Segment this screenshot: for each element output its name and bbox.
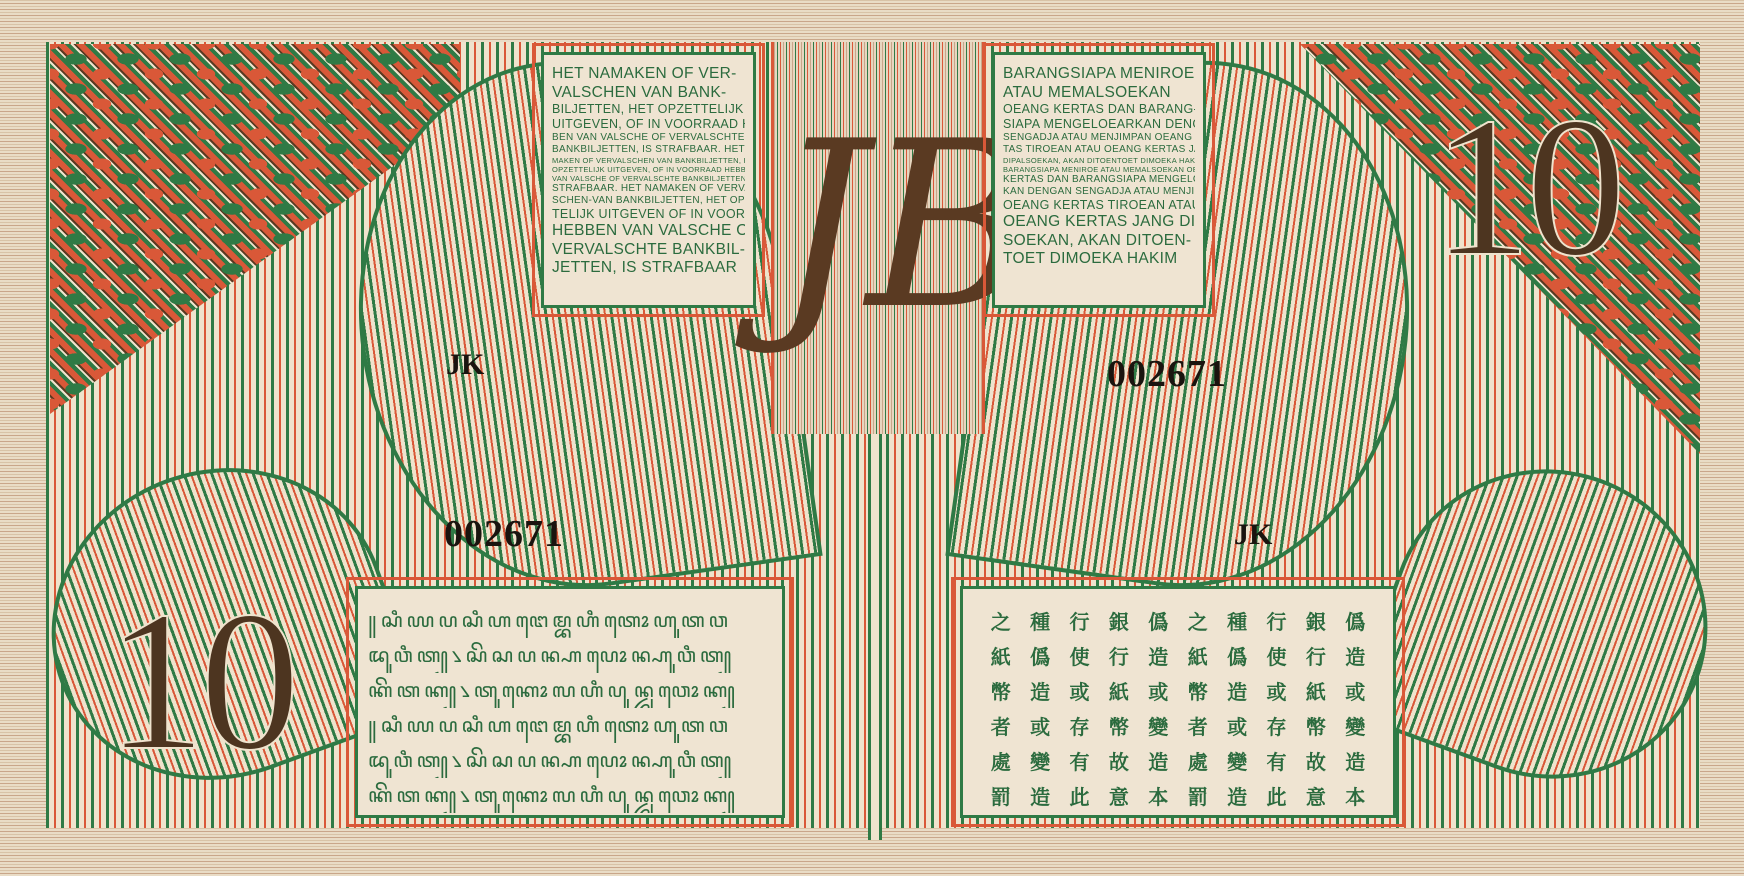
chinese-char: 行	[1296, 641, 1335, 670]
chinese-char: 僞	[1217, 641, 1256, 670]
chinese-char: 或	[1020, 711, 1059, 740]
warning-line: TAS TIROEAN ATAU OEANG KERTAS JANG	[1003, 144, 1195, 156]
javanese-line: ꦏꦼꦠꦏ꧀꧈ꦠꦸꦏꦺꦴꦭꦲꦶꦥꦸꦤ꧀ꦢꦸꦮꦺꦴꦏ꧀	[368, 778, 772, 813]
warning-line: OEANG KERTAS JANG DIPAL-	[1003, 213, 1195, 232]
warning-line: BANKBILJETTEN, IS STRAFBAAR. HET NA-	[552, 144, 745, 156]
jb-monogram: JB	[774, 82, 982, 372]
chinese-char: 者	[981, 711, 1020, 740]
chinese-char: 種	[1020, 606, 1059, 635]
warning-line: SCHEN-VAN BANKBILJETTEN, HET OPZET-	[552, 195, 745, 207]
warning-line: BILJETTEN, HET OPZETTELIJK	[552, 102, 745, 117]
warning-line: STRAFBAAR. HET NAMAKEN OF VERVAL-	[552, 183, 745, 195]
chinese-char: 造	[1217, 781, 1256, 810]
chinese-char: 之	[981, 606, 1020, 635]
chinese-char: 造	[1020, 781, 1059, 810]
serial-number-bottom-left: 002671	[444, 512, 564, 556]
warning-line: KERTAS DAN BARANGSIAPA MENGELOEAR-	[1003, 174, 1195, 186]
banknote-scan: JB HET NAMAKEN OF VER- VALSCHEN VAN BANK…	[0, 0, 1744, 876]
malay-counterfeit-warning: BARANGSIAPA MENIROE ATAU MEMALSOEKAN OEA…	[992, 52, 1206, 308]
warning-line: SIAPA MENGELOEARKAN DENGAN	[1003, 117, 1195, 132]
warning-line: JETTEN, IS STRAFBAAR	[552, 259, 745, 278]
warning-line: SENGADJA ATAU MENJIMPAN OEANG KER-	[1003, 132, 1195, 144]
chinese-char: 使	[1257, 641, 1296, 670]
chinese-char: 或	[1139, 676, 1178, 705]
dutch-counterfeit-warning: HET NAMAKEN OF VER- VALSCHEN VAN BANK- B…	[541, 52, 756, 308]
warning-line: HET NAMAKEN OF VER-	[552, 65, 745, 84]
chinese-char: 幣	[1296, 711, 1335, 740]
serial-number-top-right: 002671	[1107, 352, 1227, 396]
chinese-char: 有	[1257, 746, 1296, 775]
warning-line: OPZETTELIJK UITGEVEN, OF IN VOORRAAD HEB…	[552, 165, 745, 174]
chinese-char: 或	[1257, 676, 1296, 705]
chinese-char: 有	[1060, 746, 1099, 775]
chinese-char: 變	[1020, 746, 1059, 775]
chinese-char: 或	[1336, 676, 1375, 705]
chinese-char: 處	[981, 746, 1020, 775]
chinese-char: 僞	[1336, 606, 1375, 635]
chinese-char: 存	[1060, 711, 1099, 740]
chinese-char: 存	[1257, 711, 1296, 740]
chinese-char: 銀	[1296, 606, 1335, 635]
denomination-top-right: 10	[1432, 88, 1620, 288]
chinese-char: 故	[1296, 746, 1335, 775]
warning-line: ATAU MEMALSOEKAN	[1003, 84, 1195, 103]
chinese-char: 行	[1060, 606, 1099, 635]
javanese-line: ꦢꦸꦮꦶꦠ꧀꧈ꦱꦼꦱꦥꦤ꧀ꦲꦥꦺꦴꦤ꧀ꦲꦸꦮꦶꦠ꧀	[368, 638, 772, 673]
chinese-char: 變	[1139, 711, 1178, 740]
chinese-character-grid: 之 種 行 銀 僞 之 種 行 銀 僞 紙 僞 使 行 造 紙 僞 使 行 造 …	[981, 603, 1375, 813]
chinese-char: 幣	[1099, 711, 1138, 740]
chinese-char: 種	[1217, 606, 1256, 635]
chinese-char: 造	[1020, 676, 1059, 705]
warning-line: DIPALSOEKAN, AKAN DITOENTOET DIMOEKA HAK…	[1003, 156, 1195, 165]
warning-line: TOET DIMOEKA HAKIM	[1003, 250, 1195, 269]
warning-line: KAN DENGAN SENGADJA ATAU MENJIMPAN	[1003, 186, 1195, 198]
chinese-char: 或	[1060, 676, 1099, 705]
chinese-char: 意	[1296, 781, 1335, 810]
chinese-char: 罰	[981, 781, 1020, 810]
chinese-char: 紙	[1296, 676, 1335, 705]
chinese-char: 變	[1217, 746, 1256, 775]
chinese-char: 行	[1099, 641, 1138, 670]
denomination-bottom-left: 10	[106, 582, 294, 782]
chinese-char: 此	[1257, 781, 1296, 810]
javanese-line: ꦢꦸꦮꦶꦠ꧀꧈ꦱꦼꦱꦥꦤ꧀ꦲꦥꦺꦴꦤ꧀ꦲꦸꦮꦶꦠ꧀	[368, 743, 772, 778]
chinese-char: 造	[1139, 746, 1178, 775]
monogram-panel: JB	[771, 42, 985, 434]
chinese-char: 僞	[1020, 641, 1059, 670]
chinese-char: 幣	[981, 676, 1020, 705]
chinese-char: 造	[1217, 676, 1256, 705]
chinese-char: 造	[1336, 641, 1375, 670]
chinese-char: 處	[1178, 746, 1217, 775]
chinese-char: 者	[1178, 711, 1217, 740]
chinese-char: 造	[1139, 641, 1178, 670]
warning-line: OEANG KERTAS DAN BARANG-	[1003, 102, 1195, 117]
warning-line: VALSCHEN VAN BANK-	[552, 84, 745, 103]
chinese-char: 行	[1257, 606, 1296, 635]
chinese-char: 使	[1060, 641, 1099, 670]
serial-prefix-top-left: JK	[446, 348, 484, 382]
warning-line: BARANGSIAPA MENIROE	[1003, 65, 1195, 84]
chinese-char: 或	[1217, 711, 1256, 740]
chinese-char: 紙	[1178, 641, 1217, 670]
central-stem	[868, 420, 882, 840]
warning-line: HEBBEN VAN VALSCHE OF	[552, 222, 745, 241]
chinese-char: 變	[1336, 711, 1375, 740]
javanese-counterfeit-warning: ꧋ꦱꦶꦪꦥꦱꦶꦲꦔꦺꦩ꧀ꦧꦲꦶꦠꦺꦴꦲꦸꦠꦮ ꦢꦸꦮꦶꦠ꧀꧈ꦱꦼꦱꦥꦤ꧀ꦲꦥꦺꦴ…	[355, 586, 785, 818]
chinese-char: 本	[1336, 781, 1375, 810]
chinese-char: 此	[1060, 781, 1099, 810]
chinese-char: 幣	[1178, 676, 1217, 705]
warning-line: VAN VALSCHE OF VERVALSCHTE BANKBILJETTEN…	[552, 174, 745, 183]
chinese-char: 紙	[1099, 676, 1138, 705]
warning-line: BARANGSIAPA MENIROE ATAU MEMALSOEKAN OEA…	[1003, 165, 1195, 174]
chinese-char: 本	[1139, 781, 1178, 810]
warning-line: TELIJK UITGEVEN OF IN VOORRAAD	[552, 207, 745, 222]
chinese-char: 之	[1178, 606, 1217, 635]
chinese-counterfeit-warning: 之 種 行 銀 僞 之 種 行 銀 僞 紙 僞 使 行 造 紙 僞 使 行 造 …	[960, 586, 1396, 818]
warning-line: VERVALSCHTE BANKBIL-	[552, 241, 745, 260]
chinese-char: 銀	[1099, 606, 1138, 635]
chinese-char: 造	[1336, 746, 1375, 775]
chinese-char: 意	[1099, 781, 1138, 810]
javanese-line: ꧋ꦱꦶꦪꦥꦱꦶꦲꦔꦺꦩ꧀ꦧꦲꦶꦠꦺꦴꦲꦸꦠꦮ	[368, 603, 772, 638]
chinese-char: 罰	[1178, 781, 1217, 810]
chinese-char: 故	[1099, 746, 1138, 775]
warning-line: SOEKAN, AKAN DITOEN-	[1003, 232, 1195, 251]
javanese-line: ꦏꦼꦠꦏ꧀꧈ꦠꦸꦏꦺꦴꦭꦲꦶꦥꦸꦤ꧀ꦢꦸꦮꦺꦴꦏ꧀	[368, 673, 772, 708]
warning-line: MAKEN OF VERVALSCHEN VAN BANKBILJETTEN, …	[552, 156, 745, 165]
warning-line: BEN VAN VALSCHE OF VERVALSCHTE	[552, 132, 745, 144]
warning-line: UITGEVEN, OF IN VOORRAAD HEB-	[552, 117, 745, 132]
chinese-char: 紙	[981, 641, 1020, 670]
warning-line: OEANG KERTAS TIROEAN ATAU	[1003, 198, 1195, 213]
javanese-line: ꧋ꦱꦶꦪꦥꦱꦶꦲꦔꦺꦩ꧀ꦧꦲꦶꦠꦺꦴꦲꦸꦠꦮ	[368, 708, 772, 743]
chinese-char: 僞	[1139, 606, 1178, 635]
serial-prefix-bottom-right: JK	[1234, 518, 1272, 552]
